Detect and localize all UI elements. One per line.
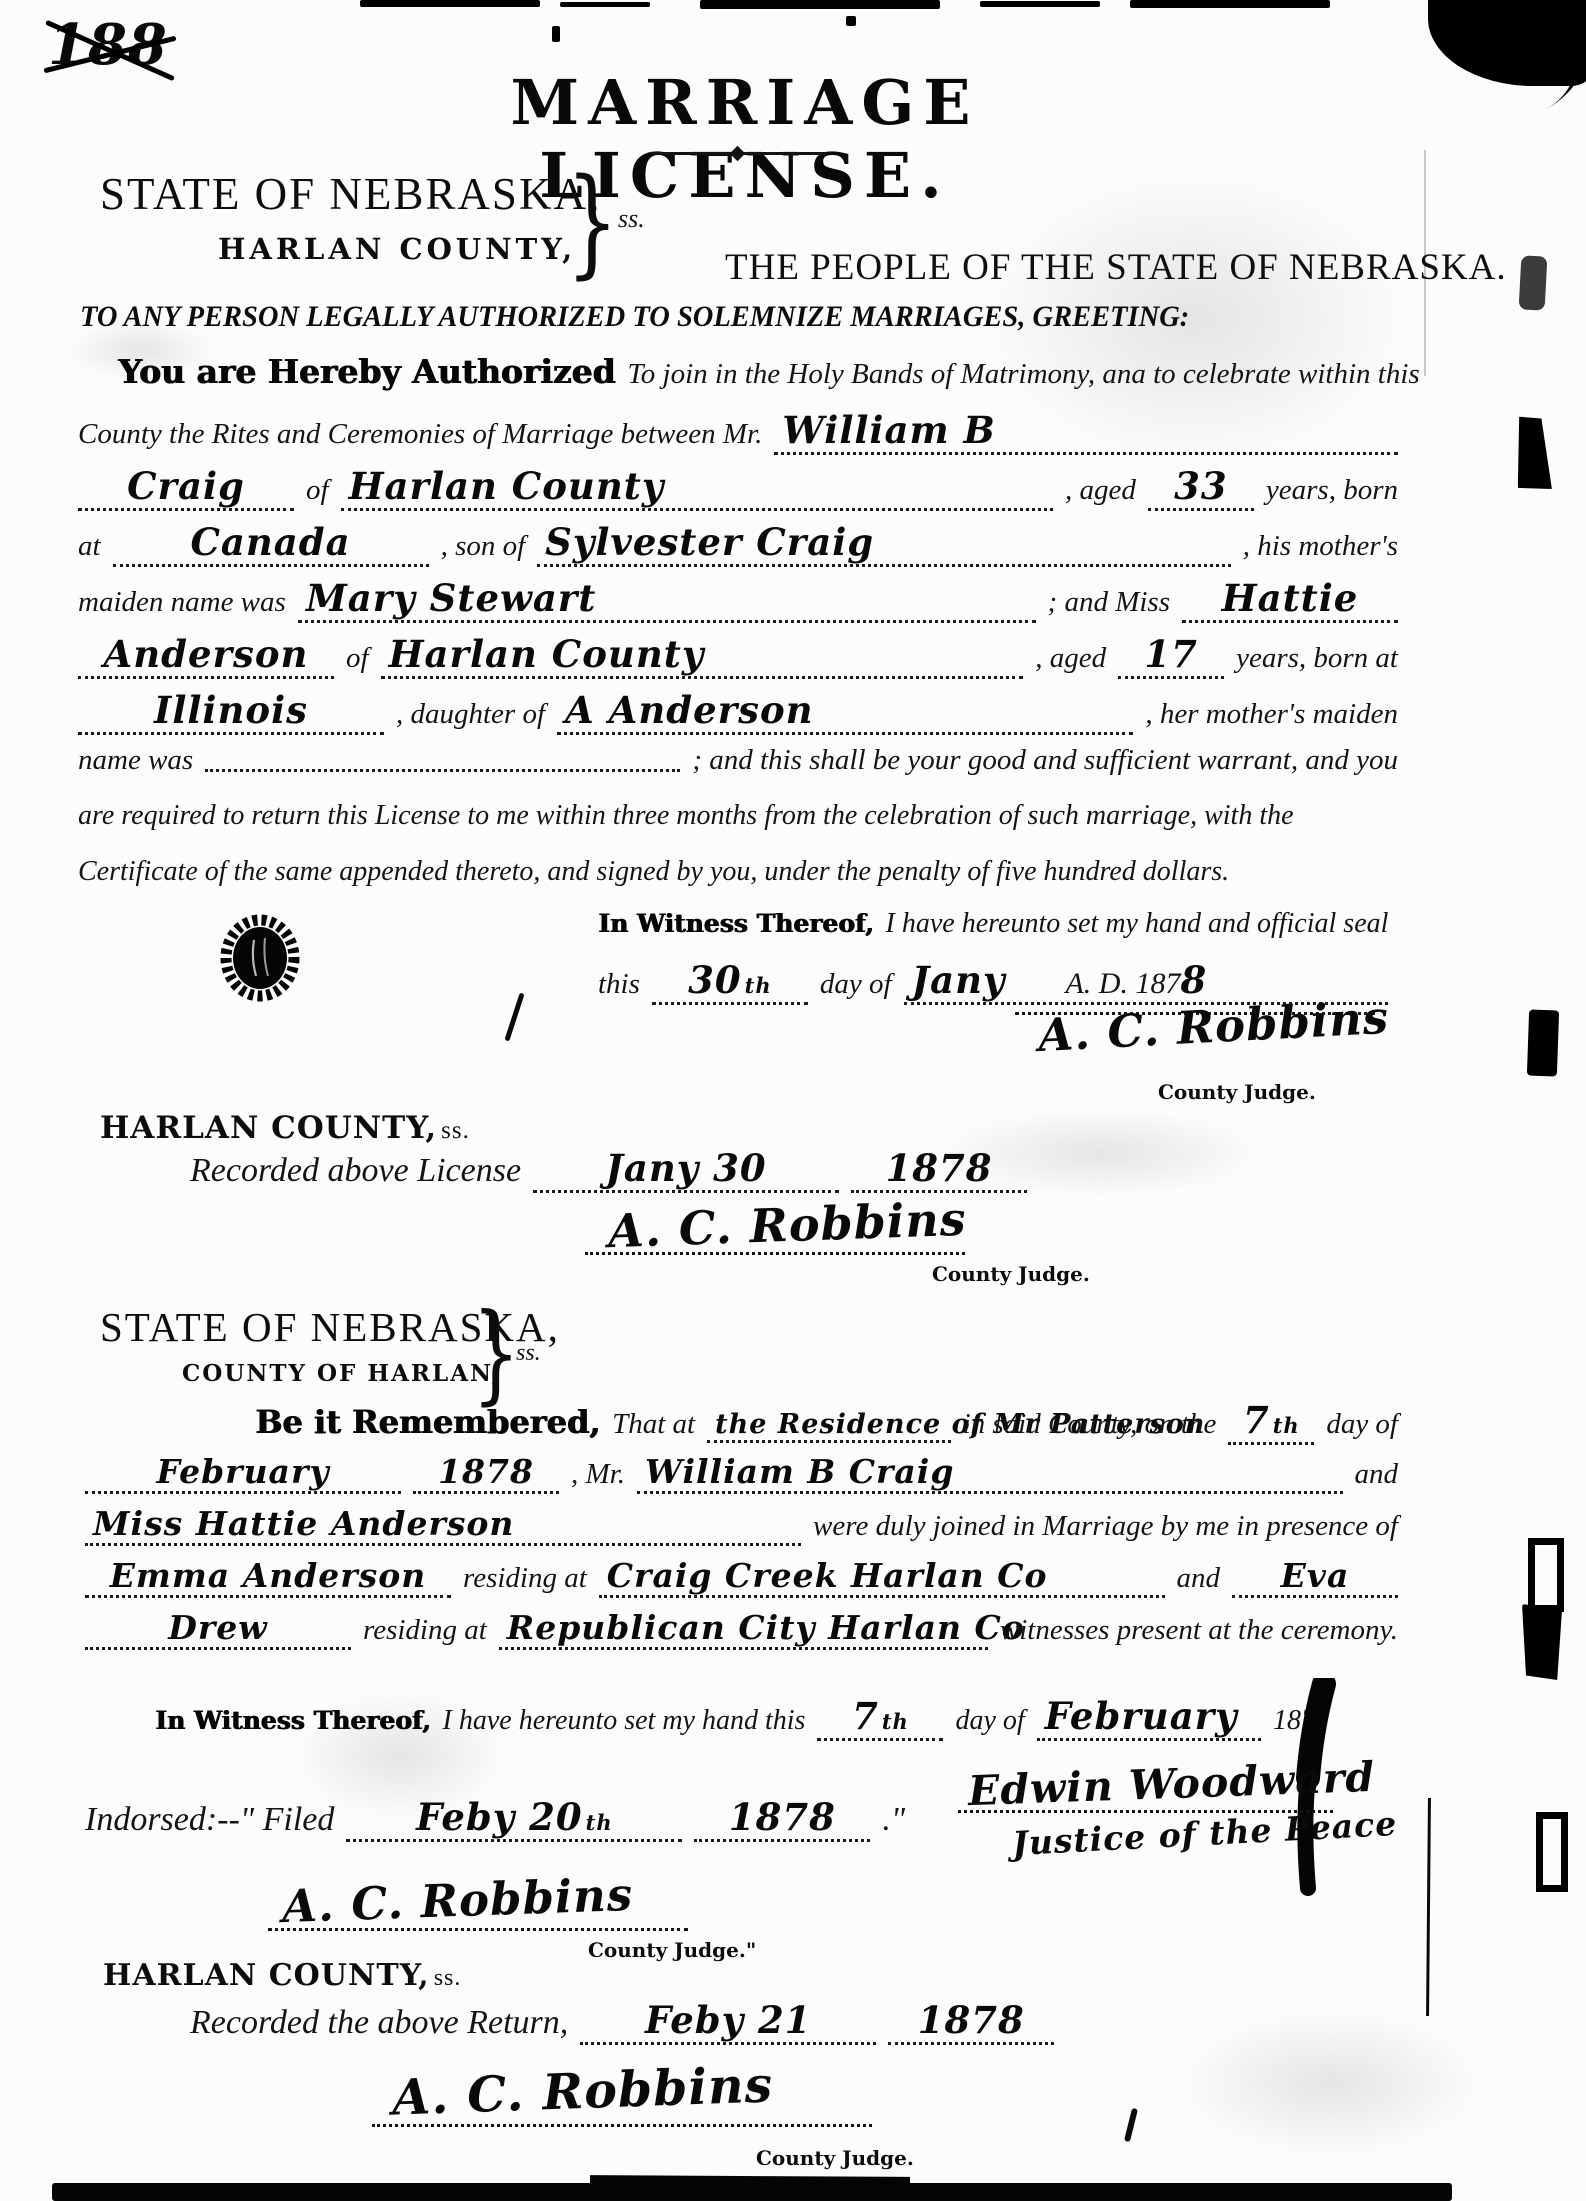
license-text: Certificate of the same appended thereto… [78, 856, 1229, 888]
record2-line: Recorded the above Return, Feby 21 1878 [190, 1998, 920, 2045]
witness-a-place-field: Craig Creek Harlan Co [599, 1556, 1165, 1598]
witness2-line: In Witness Thereof, I have hereunto set … [155, 1694, 1315, 1741]
groom-father-name: Sylvester Craig [545, 520, 874, 564]
filed-year: 1878 [729, 1795, 836, 1839]
certificate-groom-field: William B Craig [637, 1452, 1343, 1494]
license-line-5: maiden name was Mary Stewart ; and Miss … [78, 576, 1398, 623]
record1-year-field: 1878 [851, 1146, 1027, 1193]
certificate-line-1: Be it Remembered, That at the Residence … [255, 1398, 1398, 1445]
return-day-field: 7th [817, 1694, 943, 1741]
license-line-1: You are Hereby Authorized To join in the… [118, 352, 1398, 391]
witness-b-surname-field: Drew [85, 1608, 351, 1650]
record1-heading: HARLAN COUNTY, ss. [100, 1110, 470, 1146]
license-text: ; and Miss [1048, 586, 1170, 619]
license-text: of [306, 474, 329, 507]
bride-birthplace: Illinois [154, 688, 308, 732]
license-text: maiden name was [78, 586, 286, 619]
stray-pen-mark [1124, 2108, 1138, 2142]
ad-printed: A. D. 187 [1065, 967, 1180, 1001]
binding-mark [1522, 1604, 1562, 1680]
judge-signature: A. C. Robbins [607, 1192, 967, 1258]
binding-mark [1519, 255, 1548, 310]
county-judge-label: County Judge. [756, 2146, 914, 2170]
marriage-day-suffix: th [1273, 1413, 1300, 1438]
license-text: are required to return this License to m… [78, 800, 1294, 832]
marriage-place-field: the Residence of Mr Patterson [707, 1409, 950, 1443]
witness2-text: day of [955, 1705, 1024, 1737]
license-day-suffix: th [745, 973, 772, 998]
scan-speck [846, 16, 856, 26]
marriage-day: 7 [1243, 1398, 1270, 1442]
license-text: , his mother's [1243, 530, 1398, 563]
record1-date: Jany 30 [605, 1146, 766, 1190]
bride-father-name: A Anderson [565, 688, 814, 732]
bride-surname: Anderson [104, 632, 309, 676]
in-witness-lead: In Witness Thereof, [155, 1706, 431, 1735]
license-month: Jany [912, 958, 1006, 1002]
scan-speck [980, 1, 1100, 7]
certificate-text: in said County, on the [963, 1408, 1217, 1441]
license-line-6: Anderson of Harlan County , aged 17 year… [78, 632, 1398, 679]
filed-date-field: Feby 20th [346, 1795, 682, 1842]
certificate-bride-field: Miss Hattie Anderson [85, 1504, 801, 1546]
license-text: at [78, 530, 101, 563]
record2-heading: HARLAN COUNTY, ss. [103, 1958, 461, 1993]
record2-year: 1878 [918, 1998, 1025, 2042]
license-line-4: at Canada , son of Sylvester Craig , his… [78, 520, 1398, 567]
stray-pen-mark [504, 992, 524, 1041]
license-text: years, born [1266, 474, 1398, 507]
brace-glyph: } [566, 162, 619, 280]
record2-date: Feby 21 [645, 1998, 812, 2042]
witness1-text: this [598, 968, 640, 1001]
bride-given-name-field: Hattie [1182, 576, 1398, 623]
greeting-line: TO ANY PERSON LEGALLY AUTHORIZED TO SOLE… [80, 300, 1189, 334]
filed-year-field: 1878 [694, 1795, 870, 1842]
marriage-day-field: 7th [1228, 1398, 1314, 1445]
license-text: To join in the Holy Bands of Matrimony, … [627, 358, 1419, 391]
indorsement-line: Indorsed:--" Filed Feby 20th 1878 ." [85, 1795, 925, 1842]
certificate-bride-name: Miss Hattie Anderson [93, 1504, 514, 1543]
license-text: , her mother's maiden [1145, 698, 1398, 731]
groom-age-field: 33 [1148, 464, 1254, 511]
certificate-text: witnesses present at the ceremony. [1000, 1614, 1398, 1647]
scan-speck [360, 0, 540, 7]
certificate-text: That at [612, 1408, 695, 1441]
certificate-line-5: Drew residing at Republican City Harlan … [85, 1608, 1398, 1650]
judge-signature: A. C. Robbins [281, 1868, 634, 1933]
record1-county: HARLAN COUNTY, [100, 1110, 437, 1146]
brace-glyph: } [472, 1300, 520, 1408]
license-text: name was [78, 744, 193, 777]
license-line-8: name was ; and this shall be your good a… [78, 744, 1398, 777]
certificate-groom-name: William B Craig [645, 1452, 954, 1491]
corner-page-number: 188 [48, 12, 168, 78]
state-heading: STATE OF NEBRASKA, [100, 168, 601, 220]
indorsement-text: Indorsed:--" Filed [85, 1801, 334, 1839]
witness-b-given-field: Eva [1232, 1556, 1398, 1598]
binding-hole-mark [1528, 1538, 1564, 1612]
county-heading: HARLAN COUNTY, [218, 232, 576, 266]
license-day-field: 30th [652, 958, 808, 1005]
return-month-field: February [1037, 1694, 1261, 1741]
judge-signature-text: A. C. Robbins [607, 1192, 967, 1258]
ss-abbreviation: ss. [618, 204, 645, 234]
license-day: 30 [688, 958, 742, 1002]
license-text: , daughter of [396, 698, 545, 731]
groom-given-name: William B [782, 408, 995, 452]
filed-date-suffix: th [586, 1810, 613, 1835]
license-line-3: Craig of Harlan County , aged 33 years, … [78, 464, 1398, 511]
bride-residence-field: Harlan County [381, 632, 1024, 679]
record2-text: Recorded the above Return, [190, 2004, 568, 2042]
certificate-line-2: February 1878 , Mr. William B Craig and [85, 1452, 1398, 1494]
judge-signature: A. C. Robbins [391, 2055, 774, 2126]
record1-ss: ss. [441, 1117, 470, 1144]
bride-surname-field: Anderson [78, 632, 334, 679]
marriage-month-field: February [85, 1452, 401, 1494]
record2-ss: ss. [434, 1965, 462, 1991]
groom-surname-field: Craig [78, 464, 294, 511]
certificate-text: and [1177, 1562, 1221, 1595]
record1-year: 1878 [886, 1146, 993, 1190]
marriage-month: February [156, 1452, 329, 1491]
binding-mark [1527, 1009, 1559, 1076]
county-judge-label: County Judge." [588, 1938, 756, 1962]
judge-signature-text: A. C. Robbins [391, 2055, 774, 2126]
witness1-text: I have hereunto set my hand and official… [886, 908, 1389, 940]
bleedthrough-smudge [1175, 2008, 1485, 2158]
bride-age-field: 17 [1118, 632, 1224, 679]
license-text: ; and this shall be your good and suffic… [692, 744, 1398, 777]
bride-birthplace-field: Illinois [78, 688, 384, 735]
license-text: County the Rites and Ceremonies of Marri… [78, 418, 762, 451]
groom-father-field: Sylvester Craig [537, 520, 1231, 567]
record1-date-field: Jany 30 [533, 1146, 839, 1193]
groom-mother-field: Mary Stewart [298, 576, 1036, 623]
bride-age: 17 [1144, 632, 1198, 676]
county-judge-label: County Judge. [932, 1262, 1090, 1286]
license-text: of [346, 642, 369, 675]
marriage-year: 1878 [438, 1452, 534, 1491]
bride-mother-field [205, 769, 680, 772]
groom-residence-field: Harlan County [341, 464, 1053, 511]
return-day-suffix: th [882, 1709, 909, 1734]
record1-line: Recorded above License Jany 30 1878 [190, 1146, 910, 1193]
witness-a-name: Emma Anderson [110, 1556, 427, 1595]
scanned-marriage-license-page: 188 MARRIAGE LICENSE. STATE OF NEBRASKA,… [0, 0, 1586, 2201]
scan-speck [700, 0, 940, 9]
witness-b-place: Republican City Harlan Co [507, 1608, 1025, 1647]
witness-b-place-field: Republican City Harlan Co [499, 1608, 988, 1650]
witness-a-place: Craig Creek Harlan Co [607, 1556, 1048, 1595]
scan-speck [560, 2, 650, 7]
authorized-lead: You are Hereby Authorized [118, 352, 615, 391]
bride-residence: Harlan County [389, 632, 705, 676]
license-text: , aged [1035, 642, 1106, 675]
certificate-text: day of [1326, 1408, 1398, 1441]
groom-mother-name: Mary Stewart [306, 576, 597, 620]
pen-line-mark [1426, 1798, 1431, 2016]
marriage-year-field: 1878 [413, 1452, 559, 1494]
people-heading: THE PEOPLE OF THE STATE OF NEBRASKA. [725, 246, 1507, 289]
certificate-text: residing at [463, 1562, 587, 1595]
certificate-county-heading: COUNTY OF HARLAN, [182, 1360, 502, 1387]
certificate-text: were duly joined in Marriage by me in pr… [813, 1510, 1398, 1543]
scan-speck [1130, 0, 1330, 8]
license-line-7: Illinois , daughter of A Anderson , her … [78, 688, 1398, 735]
official-seal-icon [218, 912, 302, 1009]
groom-surname: Craig [127, 464, 245, 508]
license-line-10: Certificate of the same appended thereto… [78, 856, 1398, 888]
groom-age: 33 [1174, 464, 1228, 508]
license-text: years, born at [1236, 642, 1398, 675]
judge-signature-text: A. C. Robbins [281, 1868, 634, 1933]
indorsement-text: ." [882, 1801, 905, 1839]
witness2-text: I have hereunto set my hand this [443, 1705, 806, 1737]
witness-b-surname: Drew [168, 1608, 267, 1647]
certificate-line-3: Miss Hattie Anderson were duly joined in… [85, 1504, 1398, 1546]
bride-given-name: Hattie [1222, 576, 1359, 620]
certificate-line-4: Emma Anderson residing at Craig Creek Ha… [85, 1556, 1398, 1598]
record1-text: Recorded above License [190, 1152, 521, 1190]
witness1-text: day of [820, 968, 892, 1001]
groom-given-name-field: William B [774, 408, 1398, 455]
license-text: , son of [441, 530, 526, 563]
return-day: 7 [852, 1694, 879, 1738]
binding-mark [1514, 415, 1552, 491]
groom-residence: Harlan County [349, 464, 665, 508]
scan-bar-bottom [52, 2183, 1452, 2201]
certificate-text: residing at [363, 1614, 487, 1647]
license-text: , aged [1065, 474, 1136, 507]
license-line-9: are required to return this License to m… [78, 800, 1398, 832]
groom-birthplace: Canada [190, 520, 350, 564]
license-year-digit: 8 [1180, 958, 1207, 1002]
scan-speck [552, 26, 560, 42]
license-line-2: County the Rites and Ceremonies of Marri… [78, 408, 1398, 455]
be-it-remembered-lead: Be it Remembered, [255, 1403, 600, 1441]
filed-date: Feby 20 [416, 1795, 583, 1839]
record2-year-field: 1878 [888, 1998, 1054, 2045]
groom-birthplace-field: Canada [113, 520, 429, 567]
in-witness-lead: In Witness Thereof, [598, 909, 874, 938]
return-month: February [1045, 1694, 1238, 1738]
record2-county: HARLAN COUNTY, [103, 1958, 430, 1993]
witness-b-given: Eva [1281, 1556, 1350, 1595]
certificate-text: and [1355, 1458, 1399, 1491]
county-judge-label: County Judge. [1158, 1080, 1316, 1104]
record2-date-field: Feby 21 [580, 1998, 876, 2045]
ss-abbreviation: ss. [516, 1340, 541, 1367]
title-rule [650, 152, 826, 155]
bride-father-field: A Anderson [557, 688, 1133, 735]
binding-hole-mark [1536, 1812, 1568, 1892]
witness1-line-1: In Witness Thereof, I have hereunto set … [598, 908, 1388, 940]
certificate-text: , Mr. [571, 1458, 625, 1491]
witness-a-field: Emma Anderson [85, 1556, 451, 1598]
